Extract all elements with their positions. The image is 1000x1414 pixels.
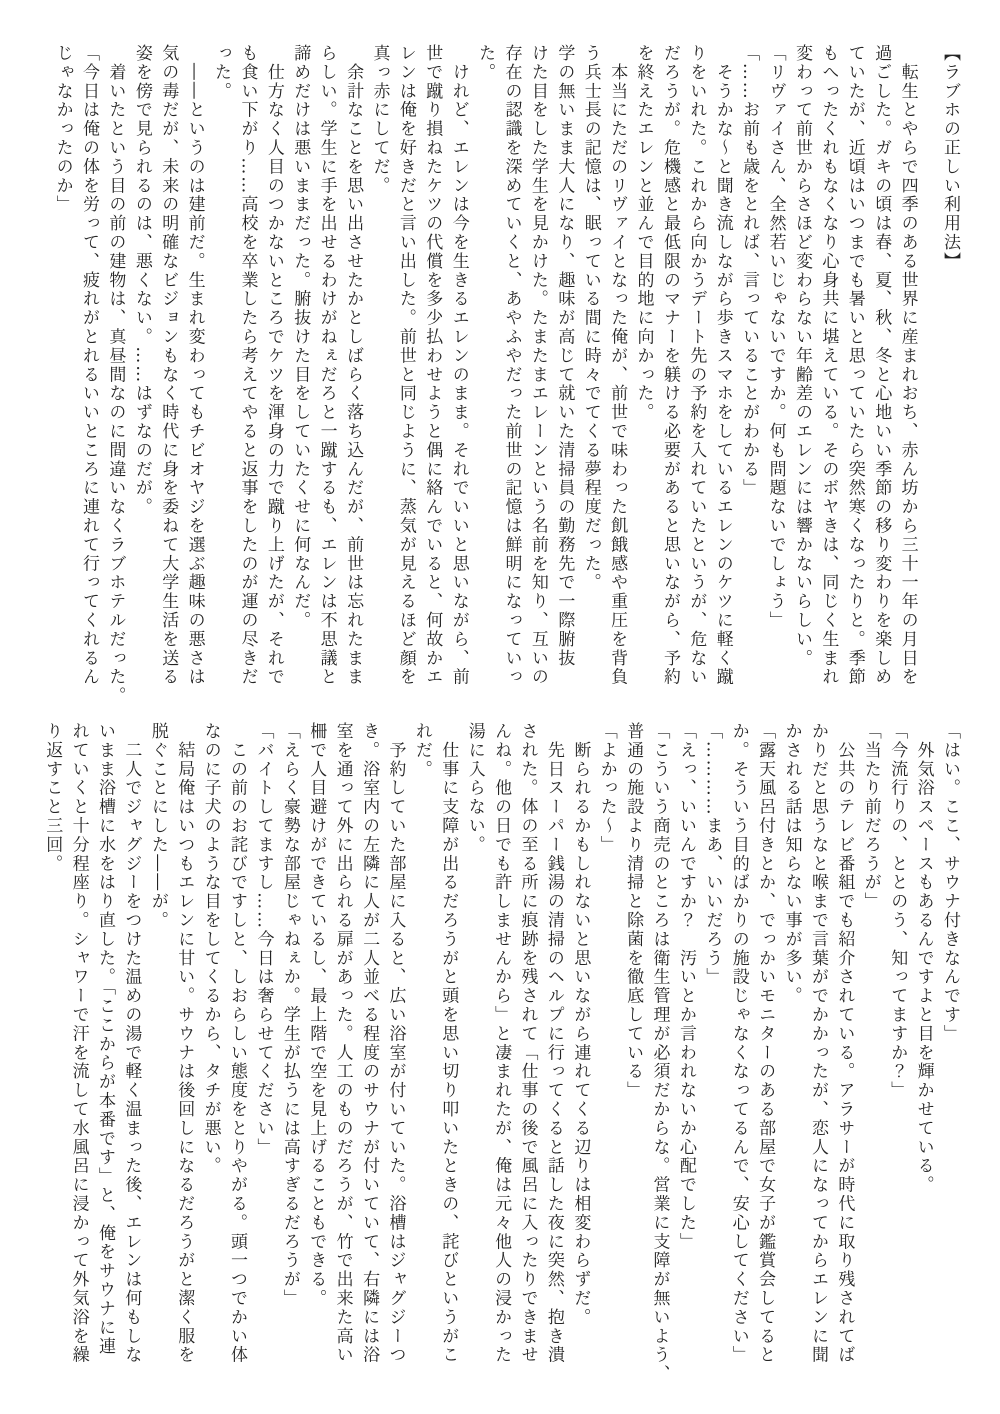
text-line: 脱ぐことにした――が。 xyxy=(144,722,170,1386)
text-line: もへったくれもなくなり心身共に堪えている。そのボヤきは、同じく生まれ xyxy=(815,44,841,708)
text-line: 「今流行りの、ととのう、知ってますか？」 xyxy=(884,722,910,1386)
story-title: 【ラブホの正しい利用法】 xyxy=(937,44,963,708)
text-line: らしい。学生に手を出せるわけがねぇだろと一蹴するも、エレンは不思議と xyxy=(313,44,339,708)
text-line: かりだと思うなと喉まで言葉がでかかったが、恋人になってからエレンに聞 xyxy=(805,722,831,1386)
text-line: 外気浴スペースもあるんですよと目を輝かせている。 xyxy=(910,722,936,1386)
text-line: 存在の認識を深めていくと、あやふやだった前世の記憶は鮮明になっていっ xyxy=(498,44,524,708)
text-line: りをいれた。これから向かうデート先の予約を入れていたというが、危ない xyxy=(683,44,709,708)
text-line: 「…………まあ、いいだろう」 xyxy=(699,722,725,1386)
text-line: か。そういう目的ばかりの施設じゃなくなってるんで、安心してください」 xyxy=(725,722,751,1386)
text-line: された。体の至る所に痕跡を残されて「仕事の後で風呂に入ったりできませ xyxy=(514,722,540,1386)
text-line: 「当たり前だろうが」 xyxy=(857,722,883,1386)
text-line: 「はい。ここ、サウナ付きなんです」 xyxy=(937,722,963,1386)
text-line: なのに子犬のような目をしてくるから、タチが悪い。 xyxy=(197,722,223,1386)
text-line: 結局俺はいつもエレンに甘い。サウナは後回しになるだろうがと潔く服を xyxy=(171,722,197,1386)
text-line: 余計なことを思い出させたかとしばらく落ち込んだが、前世は忘れたまま xyxy=(340,44,366,708)
text-line: 気の毒だが、未来の明確なビジョンもなく時代に身を委ねて大学生活を送る xyxy=(155,44,181,708)
text-line: う兵士長の記憶は、眠っている間に時々でてくる夢程度だった。 xyxy=(577,44,603,708)
text-line: 「えっ、いいんですか？ 汚いとか言われないか心配でした」 xyxy=(673,722,699,1386)
text-line: 予約していた部屋に入ると、広い浴室が付いていた。浴槽はジャグジーつ xyxy=(382,722,408,1386)
novel-page: 【ラブホの正しい利用法】 転生とやらで四季のある世界に産まれおち、赤ん坊から三十… xyxy=(0,0,1000,1414)
text-line: 変わって前世からさほど変わらない年齢差のエレンには響かないらしい。 xyxy=(789,44,815,708)
text-line: 「露天風呂付きとか、でっかいモニターのある部屋で女子が鑑賞会してると xyxy=(752,722,778,1386)
text-line: 「こういう商売のところは衛生管理が必須だからな。営業に支障が無いよう、 xyxy=(646,722,672,1386)
text-line: も食い下がり……高校を卒業したら考えてやると返事をしたのが運の尽きだ xyxy=(234,44,260,708)
text-line: 「今日は俺の体を労って、疲れがとれるいいところに連れて行ってくれるん xyxy=(76,44,102,708)
text-block-bottom: 「はい。ここ、サウナ付きなんです」 外気浴スペースもあるんですよと目を輝かせてい… xyxy=(39,722,963,1386)
text-line: けた目をした学生を見かけた。たまたまエレーンという名前を知り、互いの xyxy=(525,44,551,708)
text-line: 姿を傍で見られるのは、悪くない。……はずなのだが。 xyxy=(128,44,154,708)
text-line: いまま浴槽に水をはり直した。「ここからが本番です」と、俺をサウナに連 xyxy=(92,722,118,1386)
text-line: った。 xyxy=(208,44,234,708)
text-line: 公共のテレビ番組でも紹介されている。アラサーが時代に取り残されてば xyxy=(831,722,857,1386)
text-line: れていくと十分程座り。シャワーで汗を流して水風呂に浸かって外気浴を繰 xyxy=(65,722,91,1386)
text-line: 仕事に支障が出るだろうがと頭を思い切り叩いたときの、詫びというがこ xyxy=(435,722,461,1386)
text-line: んね。他の日でも許しませんから」と凄まれたが、俺は元々他人の浸かった xyxy=(488,722,514,1386)
text-line: レンは俺を好きだと言い出した。前世と同じように、蒸気が見えるほど顔を xyxy=(392,44,418,708)
text-block-top: 【ラブホの正しい利用法】 転生とやらで四季のある世界に産まれおち、赤ん坊から三十… xyxy=(49,44,963,708)
text-line: れだ。 xyxy=(408,722,434,1386)
text-line: た。 xyxy=(472,44,498,708)
text-line: かされる話は知らない事が多い。 xyxy=(778,722,804,1386)
text-line: だろうが。危機感と最低限のマナーを躾ける必要があると思いながら、予約 xyxy=(657,44,683,708)
text-line: 本当にただのリヴァイとなった俺が、前世で味わった飢餓感や重圧を背負 xyxy=(604,44,630,708)
text-line: ていたが、近頃はいつまでも暑いと思っていたら突然寒くなったりと。季節 xyxy=(841,44,867,708)
text-line: 過ごした。ガキの頃は春、夏、秋、冬と心地いい季節の移り変わりを楽しめ xyxy=(868,44,894,708)
text-line: 仕方なく人目のつかないところでケツを渾身の力で蹴り上げたが、それで xyxy=(260,44,286,708)
text-line: ――というのは建前だ。生まれ変わってもチビオヤジを選ぶ趣味の悪さは xyxy=(181,44,207,708)
text-line: を終えたエレンと並んで目的地に向かった。 xyxy=(630,44,656,708)
text-line: 世で蹴り損ねたケツの代償を多少払わせようと偶に絡んでいると、何故かエ xyxy=(419,44,445,708)
text-line: 室を通って外に出られる扉があった。人工のものだろうが、竹で出来た高い xyxy=(329,722,355,1386)
text-line: 二人でジャグジーをつけた温めの湯で軽く温まった後、エレンは何もしな xyxy=(118,722,144,1386)
text-line: 湯に入らない。 xyxy=(461,722,487,1386)
text-line: 「リヴァイさん、全然若いじゃないですか。何も問題ないでしょう」 xyxy=(762,44,788,708)
text-line: 「えらく豪勢な部屋じゃねぇか。学生が払うには高すぎるだろうが」 xyxy=(276,722,302,1386)
text-line: この前のお詫びですしと、しおらしい態度をとりやがる。頭一つでかい体 xyxy=(224,722,250,1386)
text-line: 普通の施設より清掃と除菌を徹底している」 xyxy=(620,722,646,1386)
text-line: 着いたという目の前の建物は、真昼間なのに間違いなくラブホテルだった。 xyxy=(102,44,128,708)
text-line: そうかな～と聞き流しながら歩きスマホをしているエレンのケツに軽く蹴 xyxy=(709,44,735,708)
text-line: 先日スーパー銭湯の清掃のヘルプに行ってくると話した夜に突然、抱き潰 xyxy=(541,722,567,1386)
text-line: 真っ赤にしてだ。 xyxy=(366,44,392,708)
text-line: き。浴室内の左隣に人が二人並べる程度のサウナが付いていて、右隣には浴 xyxy=(356,722,382,1386)
text-line: 「よかった～」 xyxy=(593,722,619,1386)
text-line: 諦めだけは悪いままだった。腑抜けた目をしていたくせに何なんだ。 xyxy=(287,44,313,708)
text-line: けれど、エレンは今を生きるエレンのまま。それでいいと思いながら、前 xyxy=(445,44,471,708)
text-line: 「……お前も歳をとれば、言っていることがわかる」 xyxy=(736,44,762,708)
text-line: り返すこと三回。 xyxy=(39,722,65,1386)
text-line: 学の無いまま大人になり、趣味が高じて就いた清掃員の勤務先で一際腑抜 xyxy=(551,44,577,708)
text-line: じゃなかったのか」 xyxy=(49,44,75,708)
text-line: 「バイトしてますし……今日は奢らせてください」 xyxy=(250,722,276,1386)
text-line: 柵で人目避けができているし、最上階で空を見上げることもできる。 xyxy=(303,722,329,1386)
text-line: 転生とやらで四季のある世界に産まれおち、赤ん坊から三十一年の月日を xyxy=(894,44,920,708)
text-line: 断られるかもしれないと思いながら連れてくる辺りは相変わらずだ。 xyxy=(567,722,593,1386)
